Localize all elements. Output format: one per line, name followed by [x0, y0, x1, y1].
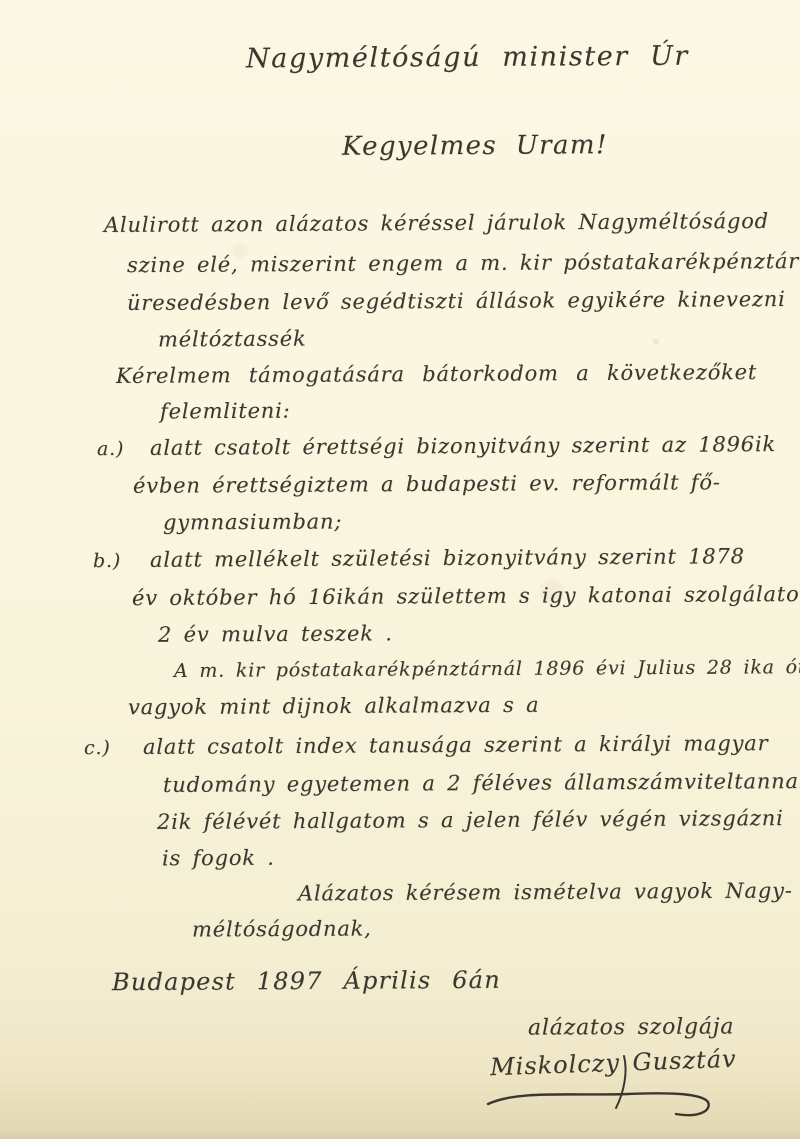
paragraph1-line3: üresedésben levő segédtiszti állások egy… — [127, 287, 786, 315]
paragraph1-line4: méltóztassék — [158, 327, 307, 352]
closing-line1: Alázatos kérésem ismételva vagyok Nagy- — [298, 878, 793, 905]
item-c-line1: alatt csatolt index tanusága szerint a k… — [143, 731, 769, 759]
item-b-marker: b.) — [93, 550, 121, 572]
item-c-line2: tudomány egyetemen a 2 féléves államszám… — [163, 769, 800, 797]
item-a-marker: a.) — [97, 438, 124, 460]
letter-salutation: Kegyelmes Uram! — [342, 130, 608, 162]
paragraph1-line2: szine elé, miszerint engem a m. kir póst… — [127, 249, 800, 277]
item-b-line2: év október hó 16ikán születtem s igy kat… — [132, 582, 800, 610]
paragraph2-line2: felemliteni: — [160, 399, 291, 424]
item-c-line3: 2ik félévét hallgatom s a jelen félév vé… — [157, 806, 784, 834]
paragraph1-line1: Alulirott azon alázatos kéréssel járulok… — [104, 209, 769, 237]
letter-page: Nagyméltóságú minister Úr Kegyelmes Uram… — [0, 0, 800, 1139]
signature: Miskolczy Gusztáv — [490, 1045, 737, 1082]
dateline: Budapest 1897 Április 6án — [112, 966, 501, 996]
item-a-line3: gymnasiumban; — [163, 509, 342, 534]
closing-line2: méltóságodnak, — [192, 916, 372, 941]
letter-heading: Nagyméltóságú minister Úr — [246, 41, 689, 75]
item-a-line2: évben érettségiztem a budapesti ev. refo… — [133, 470, 721, 498]
item-c-line4: is fogok . — [162, 846, 275, 871]
paragraph2-line1: Kérelmem támogatására bátorkodom a követ… — [116, 360, 757, 388]
item-b-line4: A m. kir póstatakarékpénztárnál 1896 évi… — [174, 656, 800, 682]
item-c-marker: c.) — [84, 737, 111, 759]
item-b-line1: alatt mellékelt születési bizonyitvány s… — [150, 544, 745, 572]
item-b-line3: 2 év mulva teszek . — [158, 621, 393, 646]
item-b-line5: vagyok mint dijnok alkalmazva s a — [128, 693, 540, 720]
valediction: alázatos szolgája — [528, 1014, 734, 1040]
item-a-line1: alatt csatolt érettségi bizonyitvány sze… — [150, 432, 776, 460]
